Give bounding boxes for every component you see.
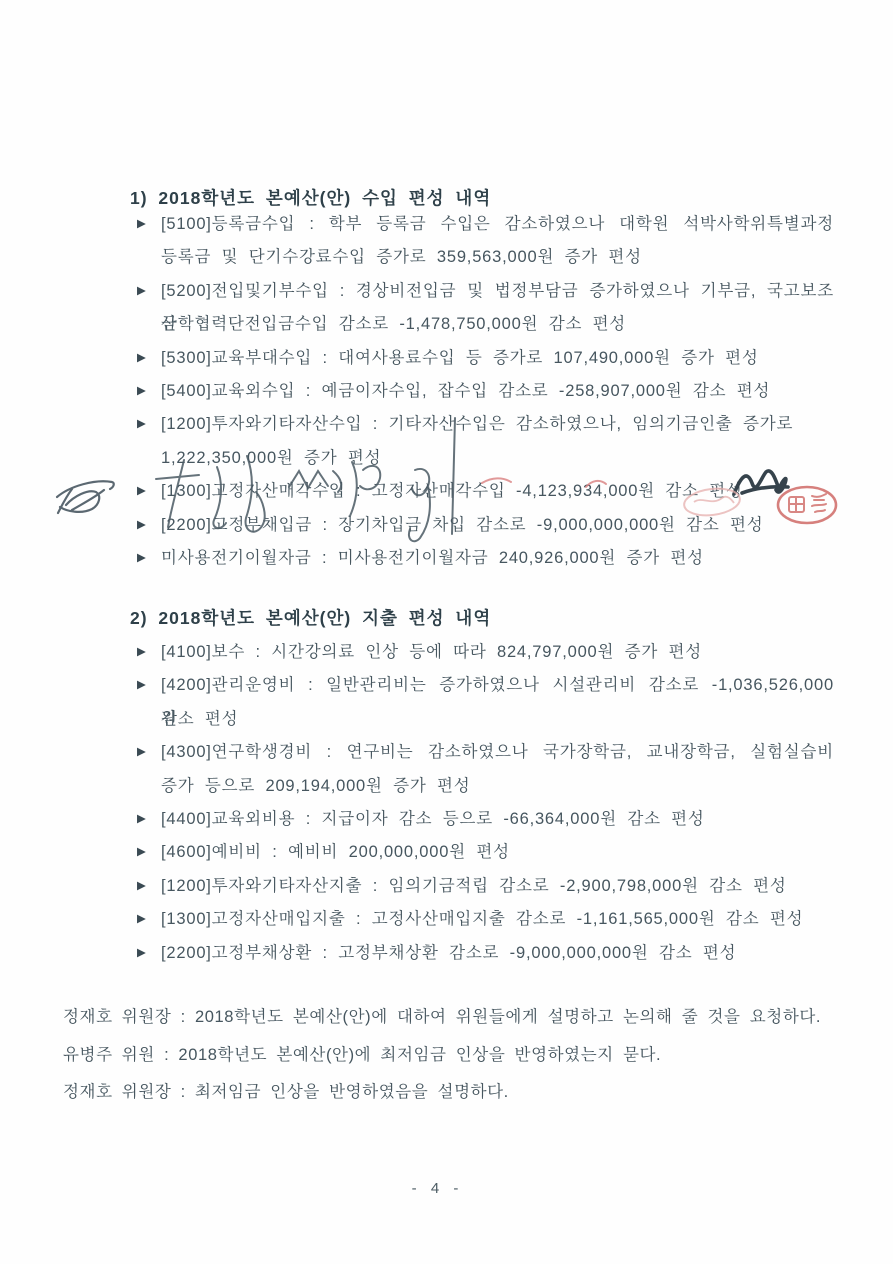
income-item-5200: ▶[5200]전입및기부수입 : 경상비전입금 및 법정부담금 증가하였으나 기… [137,275,834,308]
item-text: [4300]연구학생경비 : 연구비는 감소하였으나 국가장학금, 교내장학금,… [161,743,834,761]
item-text: 감소 편성 [161,710,238,728]
bullet-icon: ▶ [137,408,146,441]
section-2-title: 2) 2018학년도 본예산(안) 지출 편성 내역 [130,605,491,630]
closing-remarks: 정재호 위원장 : 2018학년도 본예산(안)에 대하여 위원들에게 설명하고… [63,999,838,1112]
remark-chairman-1: 정재호 위원장 : 2018학년도 본예산(안)에 대하여 위원들에게 설명하고… [63,999,838,1037]
income-item-5100: ▶[5100]등록금수입 : 학부 등록금 수입은 감소하였으나 대학원 석박사… [137,208,834,241]
bullet-icon: ▶ [137,836,146,869]
expense-item-4100: ▶[4100]보수 : 시간강의료 인상 등에 따라 824,797,000원 … [137,636,834,669]
expense-item-4200: ▶[4200]관리운영비 : 일반관리비는 증가하였으나 시설관리비 감소로 -… [137,669,834,702]
remark-member: 유병주 위원 : 2018학년도 본예산(안)에 최저임금 인상을 반영하였는지… [63,1037,838,1075]
section-1-title: 1) 2018학년도 본예산(안) 수입 편성 내역 [130,185,491,210]
item-text: [5400]교육외수입 : 예금이자수입, 잡수입 감소로 -258,907,0… [161,382,770,400]
expense-item-4400: ▶[4400]교육외비용 : 지급이자 감소 등으로 -66,364,000원 … [137,803,834,836]
bullet-icon: ▶ [137,903,146,936]
section-2-list: ▶[4100]보수 : 시간강의료 인상 등에 따라 824,797,000원 … [137,636,834,970]
expense-item-1200: ▶[1200]투자와기타자산지출 : 임의기금적립 감소로 -2,900,798… [137,870,834,903]
bullet-icon: ▶ [137,542,146,575]
bullet-icon: ▶ [137,509,146,542]
expense-item-2200: ▶[2200]고정부채상환 : 고정부채상환 감소로 -9,000,000,00… [137,937,834,970]
income-item-5400: ▶[5400]교육외수입 : 예금이자수입, 잡수입 감소로 -258,907,… [137,375,834,408]
expense-item-1300: ▶[1300]고정자산매입지출 : 고정사산매입지출 감소로 -1,161,56… [137,903,834,936]
page-number: - 4 - [0,1180,875,1197]
bullet-icon: ▶ [137,937,146,970]
bullet-icon: ▶ [137,870,146,903]
item-text: 미사용전기이월자금 : 미사용전기이월자금 240,926,000원 증가 편성 [161,549,704,567]
item-text: [1200]투자와기타자산수입 : 기타자산수입은 감소하였으나, 임의기금인출… [161,415,793,433]
item-text: [5300]교육부대수입 : 대여사용료수입 등 증가로 107,490,000… [161,349,759,367]
expense-item-4300-cont: 증가 등으로 209,194,000원 증가 편성 [137,770,834,803]
income-item-5100-cont: 등록금 및 단기수강료수입 증가로 359,563,000원 증가 편성 [137,241,834,274]
bullet-icon: ▶ [137,342,146,375]
document-page: 1) 2018학년도 본예산(안) 수입 편성 내역 ▶[5100]등록금수입 … [0,0,893,1264]
item-text: 증가 등으로 209,194,000원 증가 편성 [161,777,470,795]
bullet-icon: ▶ [137,208,146,241]
item-text: [1300]고정자산매각수입 : 고정자산매각수입 -4,123,934,000… [161,482,743,500]
item-text: [4100]보수 : 시간강의료 인상 등에 따라 824,797,000원 증… [161,643,702,661]
item-text: [1300]고정자산매입지출 : 고정사산매입지출 감소로 -1,161,565… [161,910,803,928]
item-text: [1200]투자와기타자산지출 : 임의기금적립 감소로 -2,900,798,… [161,877,787,895]
bullet-icon: ▶ [137,669,146,702]
expense-item-4600: ▶[4600]예비비 : 예비비 200,000,000원 편성 [137,836,834,869]
item-text: 산학협력단전입금수입 감소로 -1,478,750,000원 감소 편성 [161,315,626,333]
bullet-icon: ▶ [137,375,146,408]
margin-pen-scribble-mark [57,481,114,513]
income-item-1200: ▶[1200]투자와기타자산수입 : 기타자산수입은 감소하였으나, 임의기금인… [137,408,834,441]
item-text: [4400]교육외비용 : 지급이자 감소 등으로 -66,364,000원 감… [161,810,705,828]
income-item-1200-cont: 1,222,350,000원 증가 편성 [137,442,834,475]
income-item-1300: ▶[1300]고정자산매각수입 : 고정자산매각수입 -4,123,934,00… [137,475,834,508]
income-item-5300: ▶[5300]교육부대수입 : 대여사용료수입 등 증가로 107,490,00… [137,342,834,375]
item-text: 등록금 및 단기수강료수입 증가로 359,563,000원 증가 편성 [161,248,642,266]
bullet-icon: ▶ [137,275,146,308]
item-text: [2200]고정부채상환 : 고정부채상환 감소로 -9,000,000,000… [161,944,736,962]
item-text: 1,222,350,000원 증가 편성 [161,449,381,467]
bullet-icon: ▶ [137,803,146,836]
bullet-icon: ▶ [137,636,146,669]
item-text: [4600]예비비 : 예비비 200,000,000원 편성 [161,843,510,861]
item-text: [5100]등록금수입 : 학부 등록금 수입은 감소하였으나 대학원 석박사학… [161,215,834,233]
item-text: [2200]고정부채입금 : 장기차입금 차입 감소로 -9,000,000,0… [161,516,763,534]
bullet-icon: ▶ [137,736,146,769]
expense-item-4300: ▶[4300]연구학생경비 : 연구비는 감소하였으나 국가장학금, 교내장학금… [137,736,834,769]
income-item-5200-cont: 산학협력단전입금수입 감소로 -1,478,750,000원 감소 편성 [137,308,834,341]
income-item-2200: ▶[2200]고정부채입금 : 장기차입금 차입 감소로 -9,000,000,… [137,509,834,542]
remark-chairman-2: 정재호 위원장 : 최저임금 인상을 반영하였음을 설명하다. [63,1074,838,1112]
expense-item-4200-cont: 감소 편성 [137,703,834,736]
income-item-carryover: ▶미사용전기이월자금 : 미사용전기이월자금 240,926,000원 증가 편… [137,542,834,575]
bullet-icon: ▶ [137,475,146,508]
section-1-list: ▶[5100]등록금수입 : 학부 등록금 수입은 감소하였으나 대학원 석박사… [137,208,834,575]
